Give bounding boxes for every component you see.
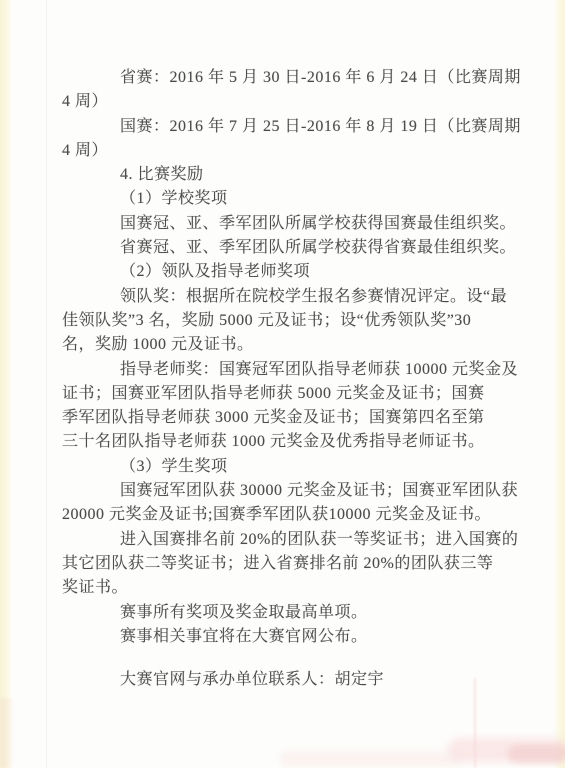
doc-line-leader-award-1: 领队奖：根据所在院校学生报名参赛情况评定。设“最: [62, 285, 498, 309]
scan-artifact-pink-smudge: [508, 745, 565, 763]
doc-line-national-dates: 国赛：2016 年 7 月 25 日-2016 年 8 月 19 日（比赛周期: [62, 115, 498, 139]
doc-line-provincial-dates-cont: 4 周）: [62, 90, 498, 114]
doc-line-student-award-2: 20000 元奖金及证书;国赛季军团队获10000 元奖金及证书。: [62, 503, 498, 527]
scan-edge-right: [553, 0, 565, 768]
scan-edge-left: [0, 0, 12, 768]
doc-line-teacher-award-4: 三十名团队指导老师获 1000 元奖金及优秀指导老师证书。: [62, 430, 498, 454]
doc-heading-awards: 4. 比赛奖励: [62, 163, 498, 187]
doc-line-official-site-notice: 赛事相关事宜将在大赛官网公布。: [62, 625, 498, 649]
doc-subheading-leader-teacher-awards: （2）领队及指导老师奖项: [62, 260, 498, 284]
doc-line-contact-person: 大赛官网与承办单位联系人：胡定宇: [62, 668, 498, 692]
doc-line-leader-award-3: 名，奖励 1000 元及证书。: [62, 333, 498, 357]
document-body: 省赛：2016 年 5 月 30 日-2016 年 6 月 24 日（比赛周期 …: [62, 66, 498, 692]
doc-subheading-school-awards: （1）学校奖项: [62, 187, 498, 211]
doc-line-school-award-provincial: 省赛冠、亚、季军团队所属学校获得省赛最佳组织奖。: [62, 236, 498, 260]
doc-line-certificates-3: 奖证书。: [62, 576, 498, 600]
doc-line-student-award-1: 国赛冠军团队获 30000 元奖金及证书；国赛亚军团队获: [62, 479, 498, 503]
scan-artifact-pink-smudge: [280, 752, 460, 766]
doc-line-highest-single-award: 赛事所有奖项及奖金取最高单项。: [62, 601, 498, 625]
doc-line-provincial-dates: 省赛：2016 年 5 月 30 日-2016 年 6 月 24 日（比赛周期: [62, 66, 498, 90]
scan-edge-left-bottom-tint: [0, 698, 14, 768]
doc-subheading-student-awards: （3）学生奖项: [62, 455, 498, 479]
doc-line-teacher-award-3: 季军团队指导老师获 3000 元奖金及证书；国赛第四名至第: [62, 406, 498, 430]
doc-line-teacher-award-1: 指导老师奖：国赛冠军团队指导老师获 10000 元奖金及: [62, 358, 498, 382]
doc-line-certificates-2: 其它团队获二等奖证书；进入省赛排名前 20%的团队获三等: [62, 552, 498, 576]
scanned-page: 省赛：2016 年 5 月 30 日-2016 年 6 月 24 日（比赛周期 …: [0, 0, 565, 768]
scan-fold-line: [46, 0, 47, 768]
doc-line-leader-award-2: 佳领队奖”3 名，奖励 5000 元及证书；设“优秀领队奖”30: [62, 309, 498, 333]
doc-line-school-award-national: 国赛冠、亚、季军团队所属学校获得国赛最佳组织奖。: [62, 212, 498, 236]
doc-line-teacher-award-2: 证书；国赛亚军团队指导老师获 5000 元奖金及证书；国赛: [62, 382, 498, 406]
doc-line-national-dates-cont: 4 周）: [62, 139, 498, 163]
doc-line-certificates-1: 进入国赛排名前 20%的团队获一等奖证书；进入国赛的: [62, 528, 498, 552]
